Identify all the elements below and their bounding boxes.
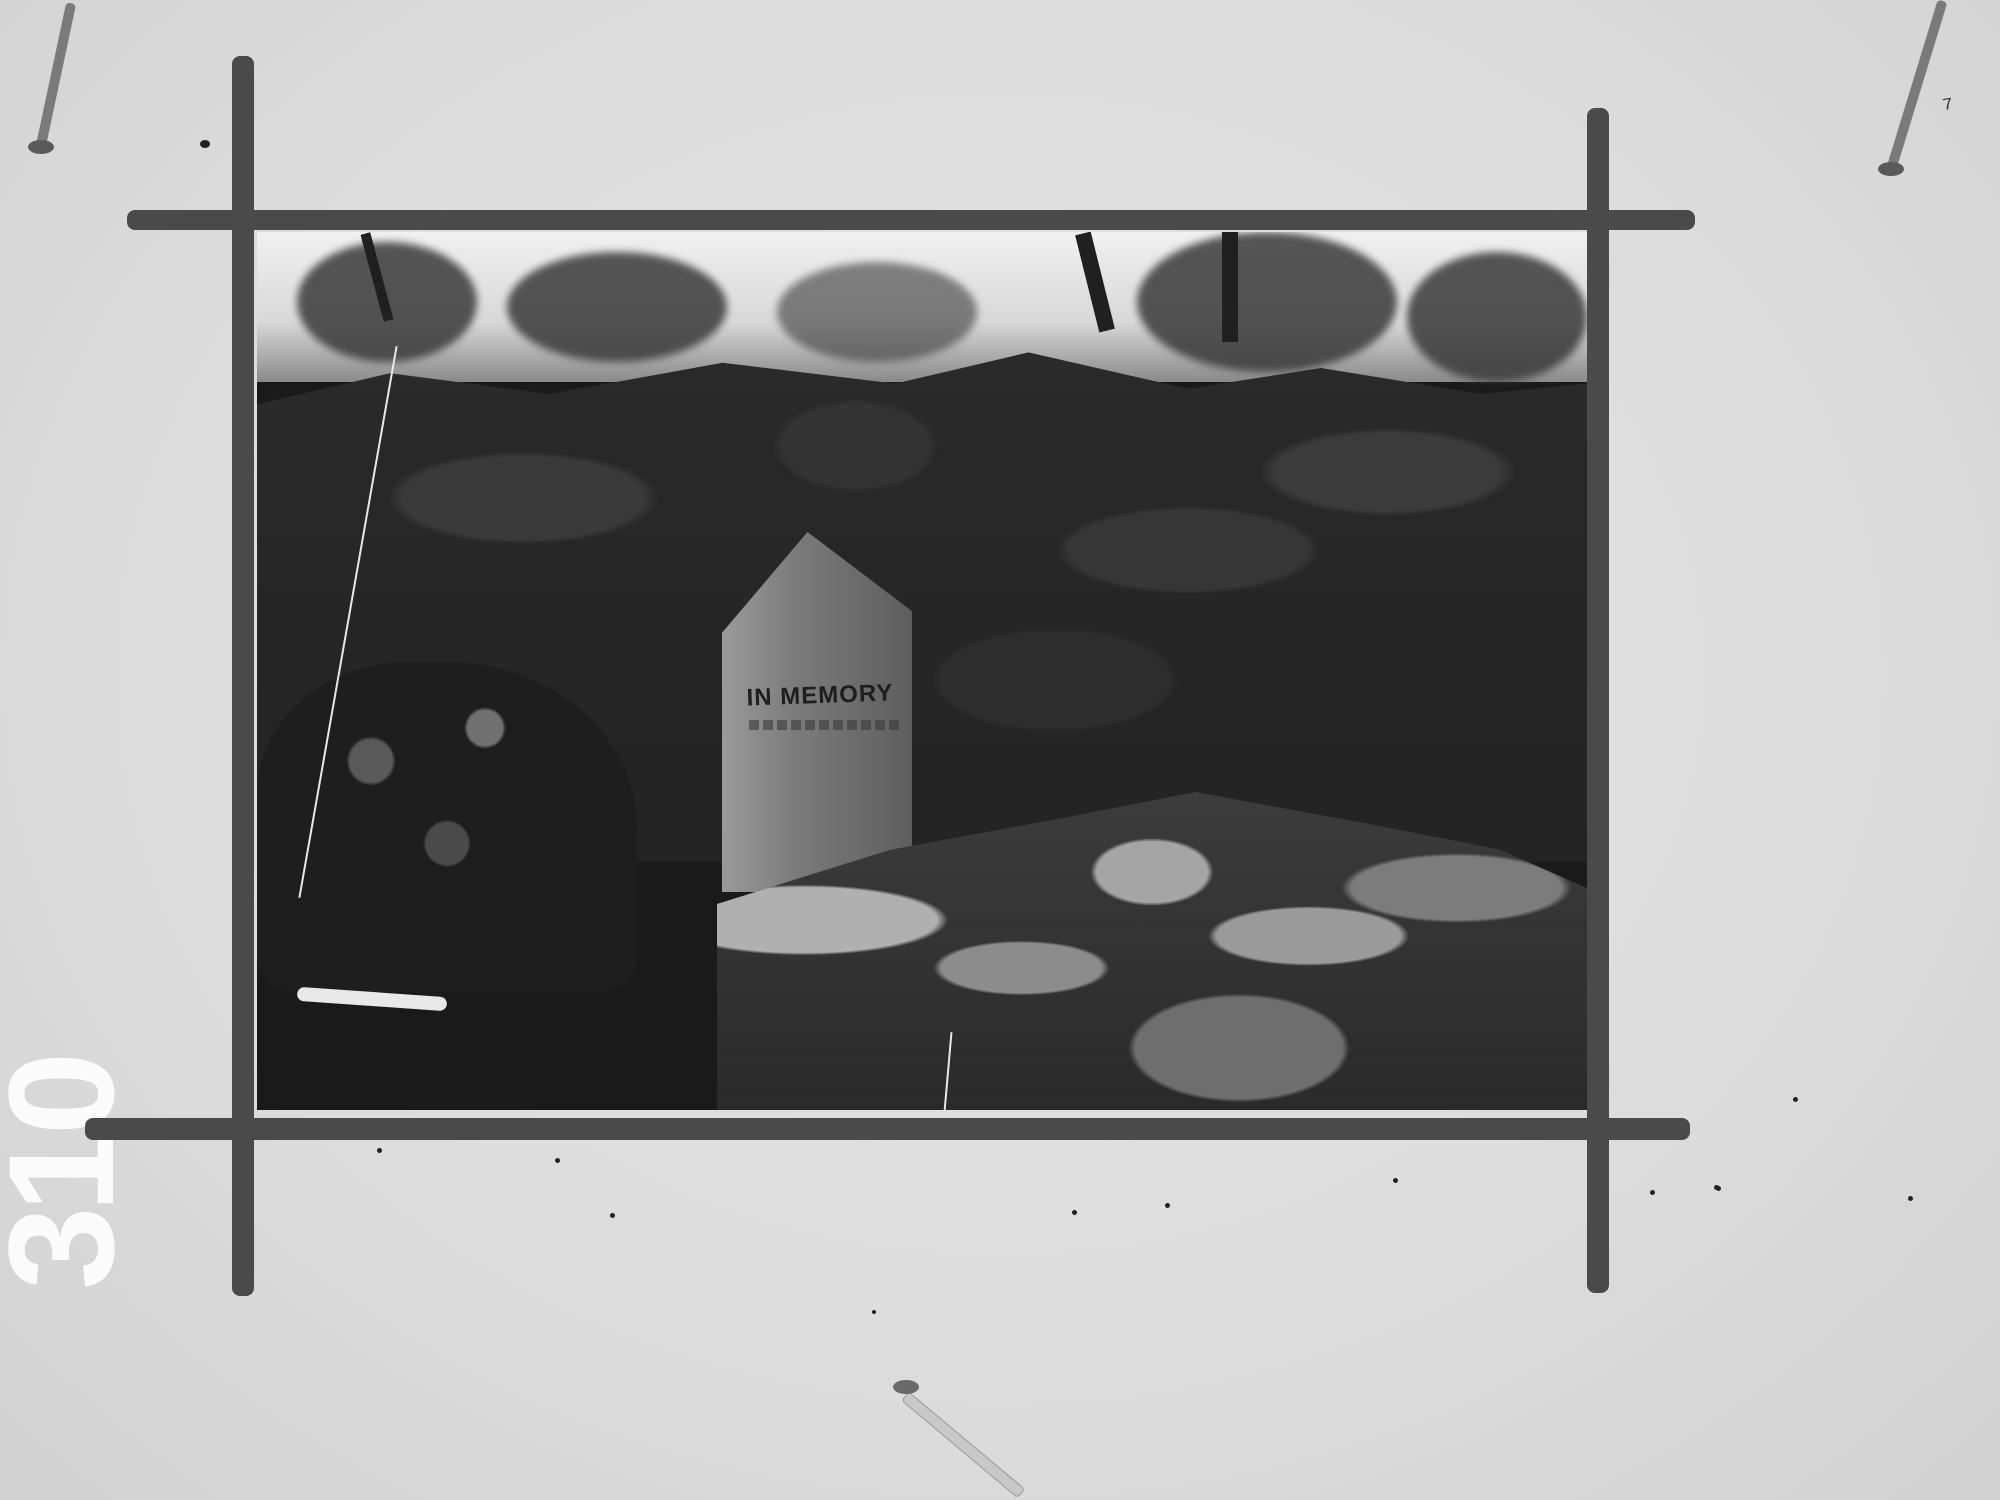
dust-speck	[1908, 1196, 1913, 1201]
dust-speck	[1072, 1210, 1077, 1215]
dust-speck	[555, 1158, 560, 1163]
tree-canopy	[507, 252, 727, 362]
dust-speck	[1650, 1190, 1655, 1195]
frame-line-top	[127, 210, 1695, 230]
dust-speck	[1716, 1186, 1721, 1191]
pin-head	[1878, 162, 1904, 176]
tree-canopy	[777, 262, 977, 362]
pin-head	[893, 1380, 919, 1394]
dust-speck	[1165, 1203, 1170, 1208]
tree-trunk	[1222, 232, 1238, 342]
photograph: IN MEMORY	[257, 232, 1587, 1110]
dust-speck	[1393, 1178, 1398, 1183]
frame-line-bottom	[85, 1118, 1690, 1140]
pin-head	[28, 140, 54, 154]
headstone-inscription-illegible	[749, 720, 899, 730]
frame-line-right	[1587, 108, 1609, 1293]
tree-canopy	[1407, 252, 1587, 382]
dust-speck	[610, 1213, 615, 1218]
holly-bush	[257, 662, 637, 992]
plate-number: 310	[0, 860, 76, 1280]
dust-speck	[377, 1148, 382, 1153]
dust-speck	[872, 1310, 876, 1314]
frame-line-left	[232, 56, 254, 1296]
dust-speck	[200, 140, 210, 148]
plate-number-text: 310	[0, 1058, 126, 1290]
headstone-inscription: IN MEMORY	[735, 679, 906, 713]
dust-speck	[1793, 1097, 1798, 1102]
tree-canopy	[1137, 232, 1397, 372]
